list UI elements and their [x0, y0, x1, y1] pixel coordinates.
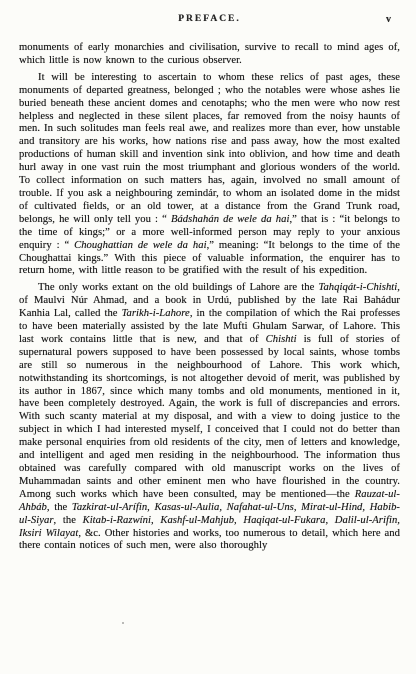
text-segment: , the	[47, 502, 72, 513]
vernacular-phrase: Choughattian de wele da hai	[74, 240, 206, 251]
text-segment: is full of stories of supernatural power…	[19, 334, 400, 500]
text-segment: monuments of early monarchies and civili…	[19, 42, 400, 66]
running-title: PREFACE.	[19, 14, 400, 24]
text-segment: , the	[54, 515, 83, 526]
page-body: monuments of early monarchies and civili…	[19, 42, 400, 553]
text-segment: The only works extant on the old buildin…	[38, 282, 318, 293]
paragraph-continuation: monuments of early monarchies and civili…	[19, 42, 400, 68]
book-title: Chishti	[266, 334, 297, 345]
paragraph-relics: It will be interesting to ascertain to w…	[19, 72, 400, 279]
scan-speck	[122, 622, 124, 624]
vernacular-phrase: Bádshahán de wele da hai	[171, 214, 290, 225]
page-number: v	[386, 14, 391, 25]
book-page: PREFACE. v monuments of early monarchies…	[0, 0, 416, 674]
text-segment: It will be interesting to ascertain to w…	[19, 72, 400, 225]
paragraph-sources: The only works extant on the old buildin…	[19, 282, 400, 553]
book-title: Tarikh-i-Lahore	[122, 308, 190, 319]
book-title: Tahqiqát-i-Chishti	[318, 282, 397, 293]
running-head: PREFACE. v	[19, 14, 400, 26]
